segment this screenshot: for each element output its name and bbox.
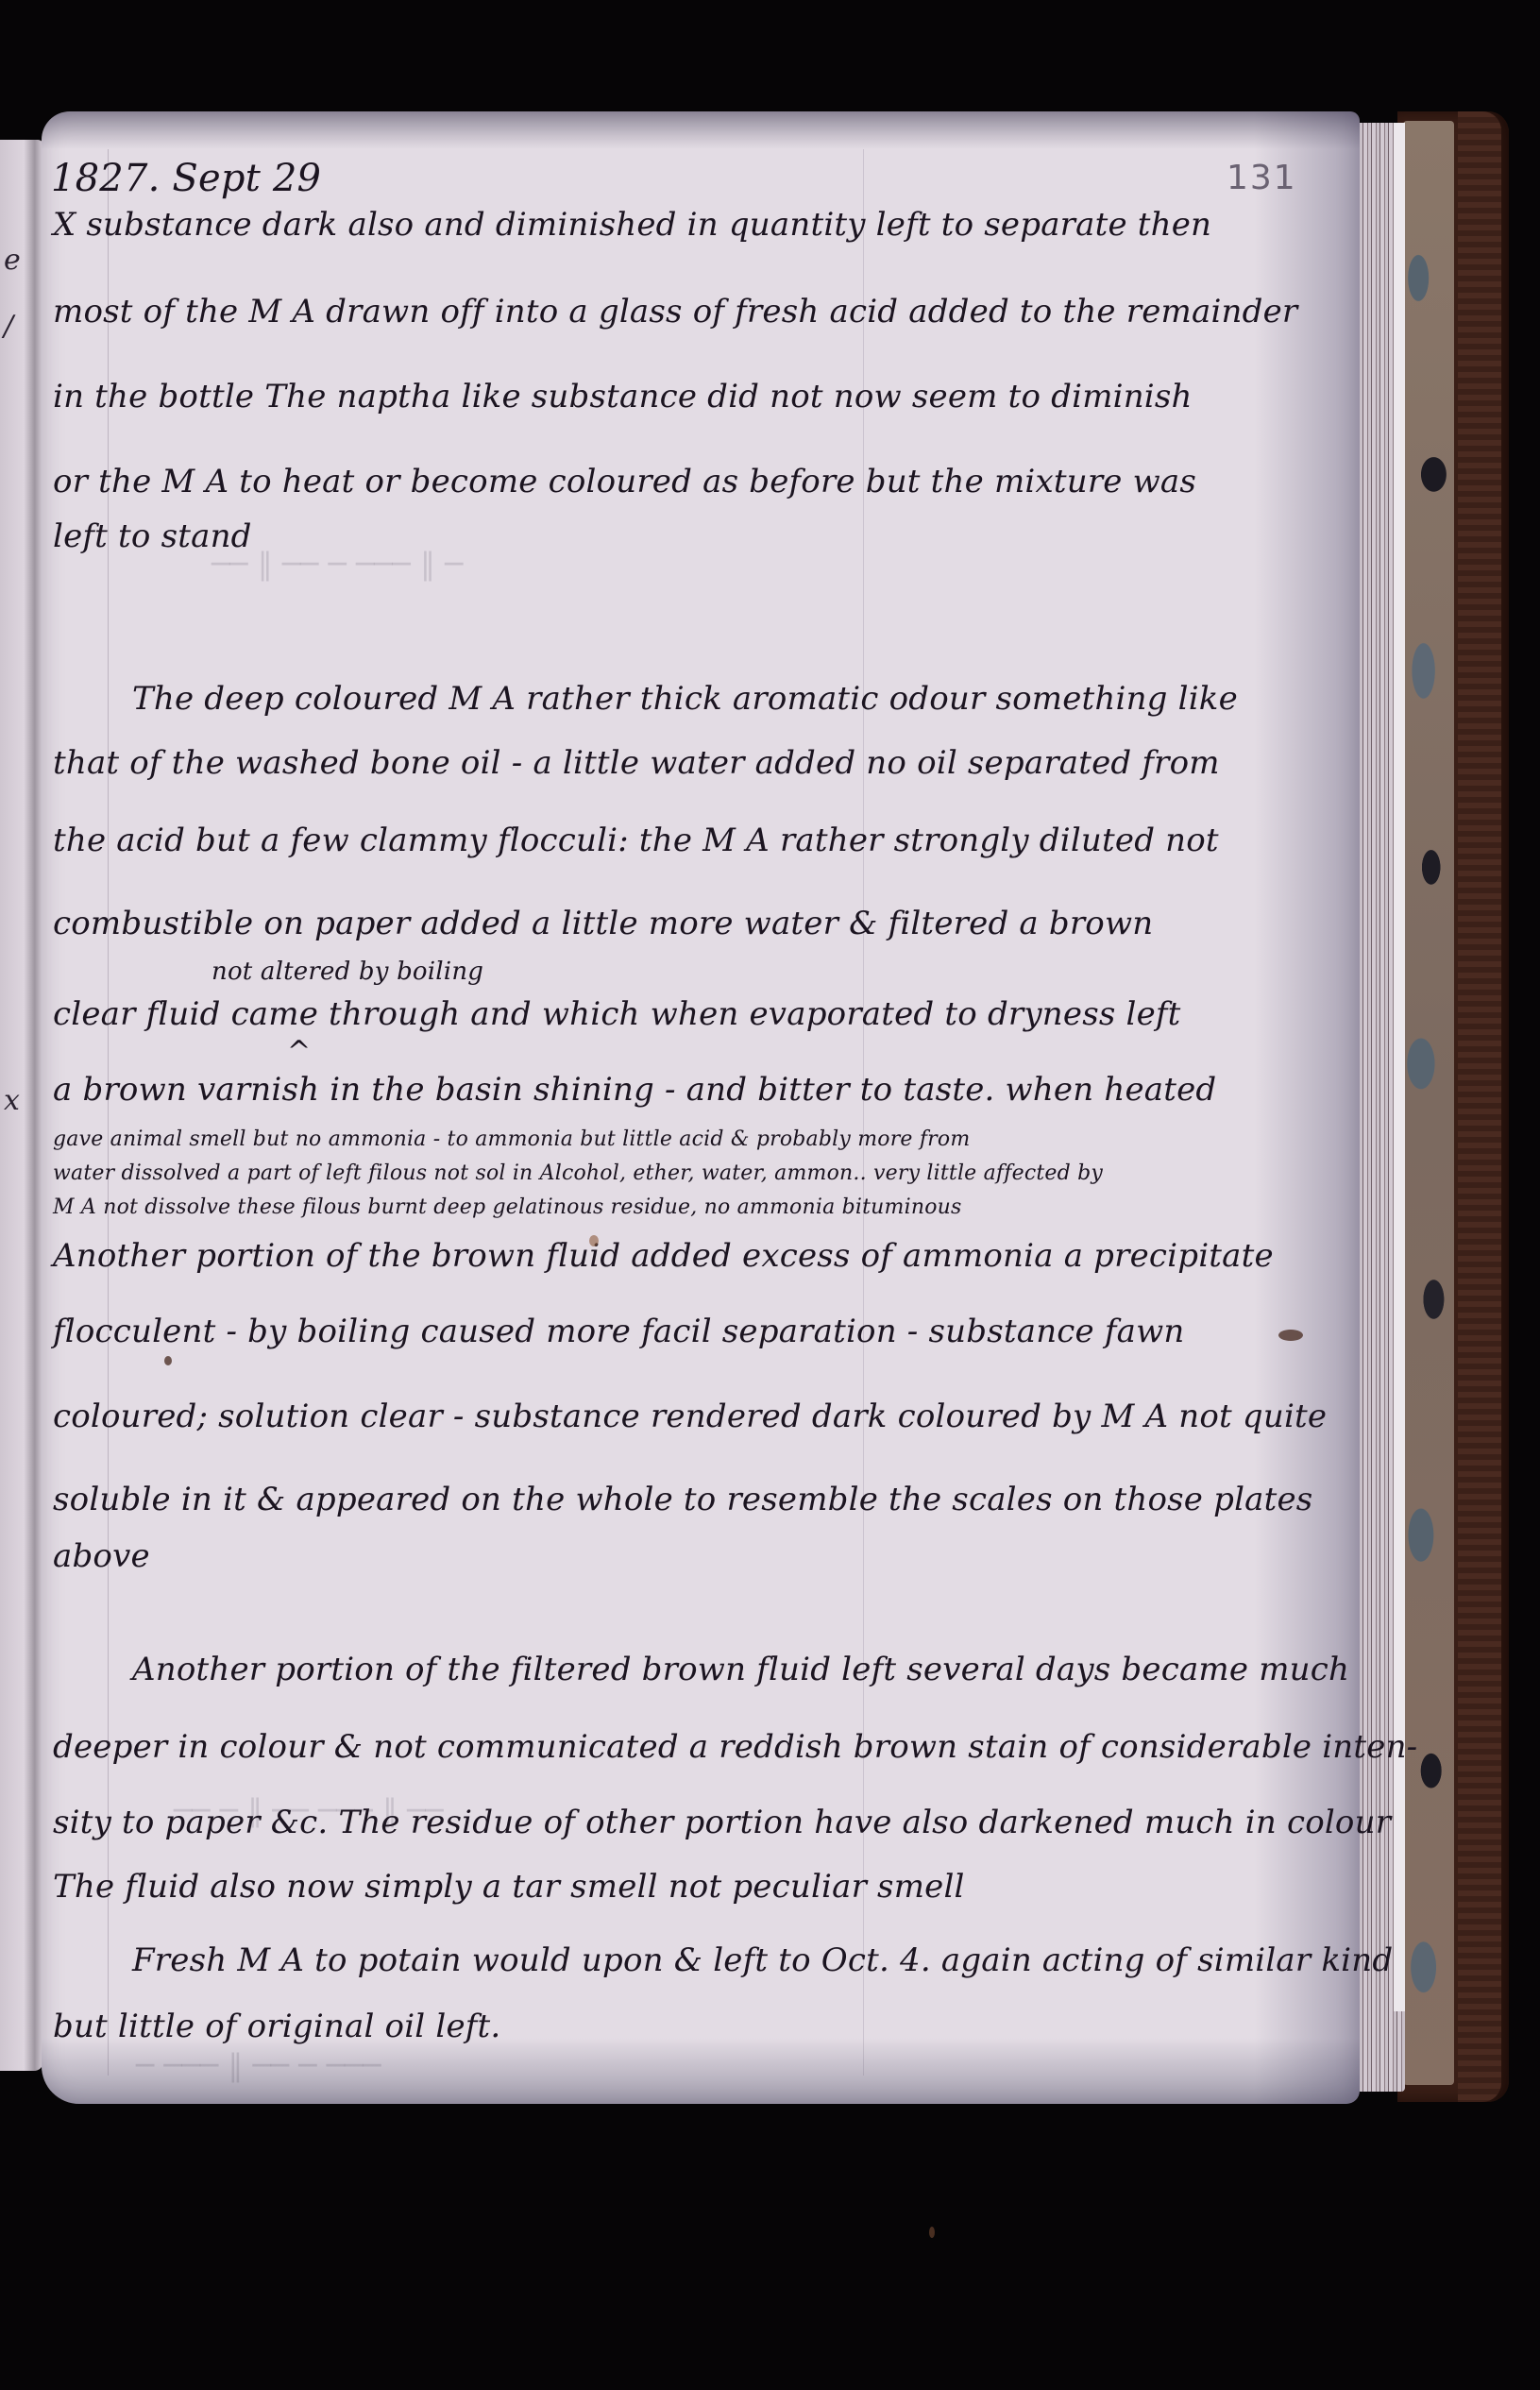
text-line: the acid but a few clammy flocculi: the … (53, 822, 1219, 859)
text-line: coloured; solution clear - substance ren… (53, 1398, 1327, 1435)
foxing-spot (929, 2227, 935, 2238)
insertion-caret: ^ (287, 1035, 311, 1068)
text-line: a brown varnish in the basin shining - a… (53, 1071, 1216, 1109)
text-line: water dissolved a part of left filous no… (53, 1161, 1103, 1185)
text-line: flocculent - by boiling caused more faci… (53, 1313, 1185, 1350)
text-line: M A not dissolve these filous burnt deep… (53, 1195, 962, 1219)
text-line: Fresh M A to potain would upon & left to… (132, 1941, 1393, 1979)
text-line: gave animal smell but no ammonia - to am… (53, 1127, 970, 1151)
margin-rule-line (108, 149, 109, 2076)
text-line: The deep coloured M A rather thick aroma… (132, 680, 1238, 718)
text-line: Another portion of the filtered brown fl… (132, 1651, 1349, 1688)
notebook-page: ── ‖ ── ─ ─── ‖ ─ ── ─ ‖ ── ─── ‖ ── ─ ─… (42, 111, 1360, 2104)
text-line: sity to paper &c. The residue of other p… (53, 1804, 1391, 1841)
text-line: soluble in it & appeared on the whole to… (53, 1481, 1312, 1518)
text-line: Another portion of the brown fluid added… (53, 1237, 1274, 1275)
ink-blot (164, 1356, 172, 1365)
leather-spine-edge (1458, 111, 1501, 2102)
text-line: The fluid also now simply a tar smell no… (53, 1868, 965, 1906)
previous-page-edge: e / x (0, 140, 43, 2071)
date-heading: 1827. Sept 29 (51, 157, 321, 200)
text-line: left to stand (53, 517, 252, 555)
text-line: or the M A to heat or become coloured as… (53, 463, 1196, 500)
prev-page-margin-mark: e (4, 244, 21, 277)
text-line: combustible on paper added a little more… (53, 905, 1153, 942)
text-line: clear fluid came through and which when … (53, 995, 1181, 1033)
text-line: that of the washed bone oil - a little w… (53, 744, 1220, 782)
text-line: deeper in colour & not communicated a re… (53, 1728, 1417, 1766)
page-edges-stack (1360, 123, 1405, 2092)
text-line: but little of original oil left. (53, 2008, 500, 2045)
marbled-endpaper (1403, 121, 1454, 2085)
ink-bleed-through: ─ ─── ‖ ── ─ ─── (136, 2047, 381, 2083)
text-line: X substance dark also and diminished in … (53, 206, 1211, 244)
ink-blot (1278, 1330, 1303, 1341)
interlinear-insertion: not altered by boiling (212, 958, 483, 986)
prev-page-margin-mark: / (4, 310, 13, 343)
foxing-spot (589, 1235, 599, 1246)
page-number: 131 (1227, 159, 1297, 197)
book-cover (1397, 111, 1509, 2102)
text-line: above (53, 1537, 150, 1575)
center-fold-line (863, 149, 864, 2076)
prev-page-margin-mark: x (4, 1084, 20, 1117)
text-line: in the bottle The naptha like substance … (53, 378, 1193, 415)
text-line: most of the M A drawn off into a glass o… (53, 293, 1297, 331)
